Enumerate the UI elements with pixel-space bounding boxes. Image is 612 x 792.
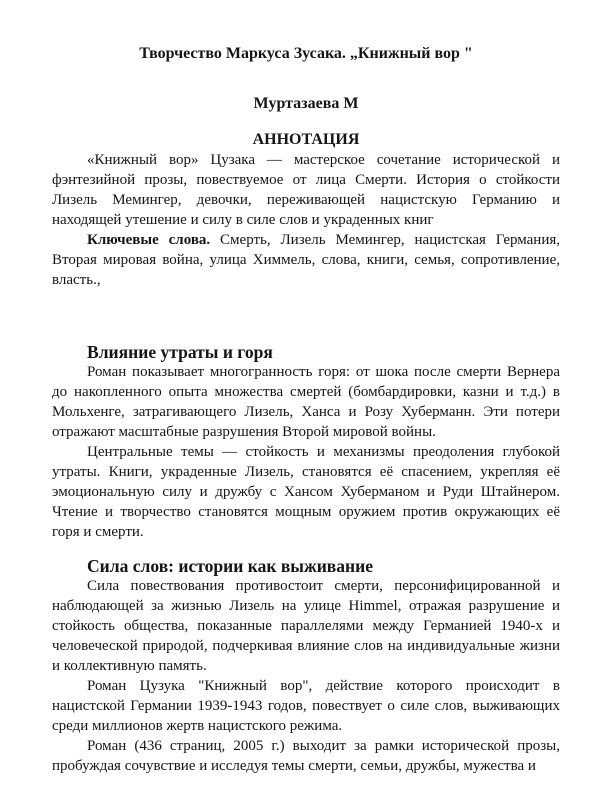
paragraph-central-themes: Центральные темы — стойкость и механизмы…: [52, 442, 560, 542]
section-heading-loss-and-grief: Влияние утраты и горя: [52, 342, 560, 362]
paragraph-novel-setting: Роман Цузука "Книжный вор", действие кот…: [52, 676, 560, 736]
annotation-paragraph: «Книжный вор» Цузака — мастерское сочета…: [52, 150, 560, 230]
paragraph-final: Роман (436 страниц, 2005 г.) выходит за …: [52, 736, 560, 776]
document-author: Муртазаева М: [52, 94, 560, 114]
document-page: Творчество Маркуса Зусака. „Книжный вор …: [0, 0, 612, 792]
keywords-paragraph: Ключевые слова. Смерть, Лизель Мемингер,…: [52, 230, 560, 290]
paragraph-loss-and-grief: Роман показывает многогранность горя: от…: [52, 362, 560, 442]
annotation-heading: АННОТАЦИЯ: [52, 130, 560, 150]
document-title: Творчество Маркуса Зусака. „Книжный вор …: [52, 44, 560, 64]
paragraph-power-of-words: Сила повествования противостоит смерти, …: [52, 576, 560, 676]
keywords-label: Ключевые слова.: [87, 232, 210, 248]
section-heading-power-of-words: Сила слов: истории как выживание: [52, 556, 560, 576]
